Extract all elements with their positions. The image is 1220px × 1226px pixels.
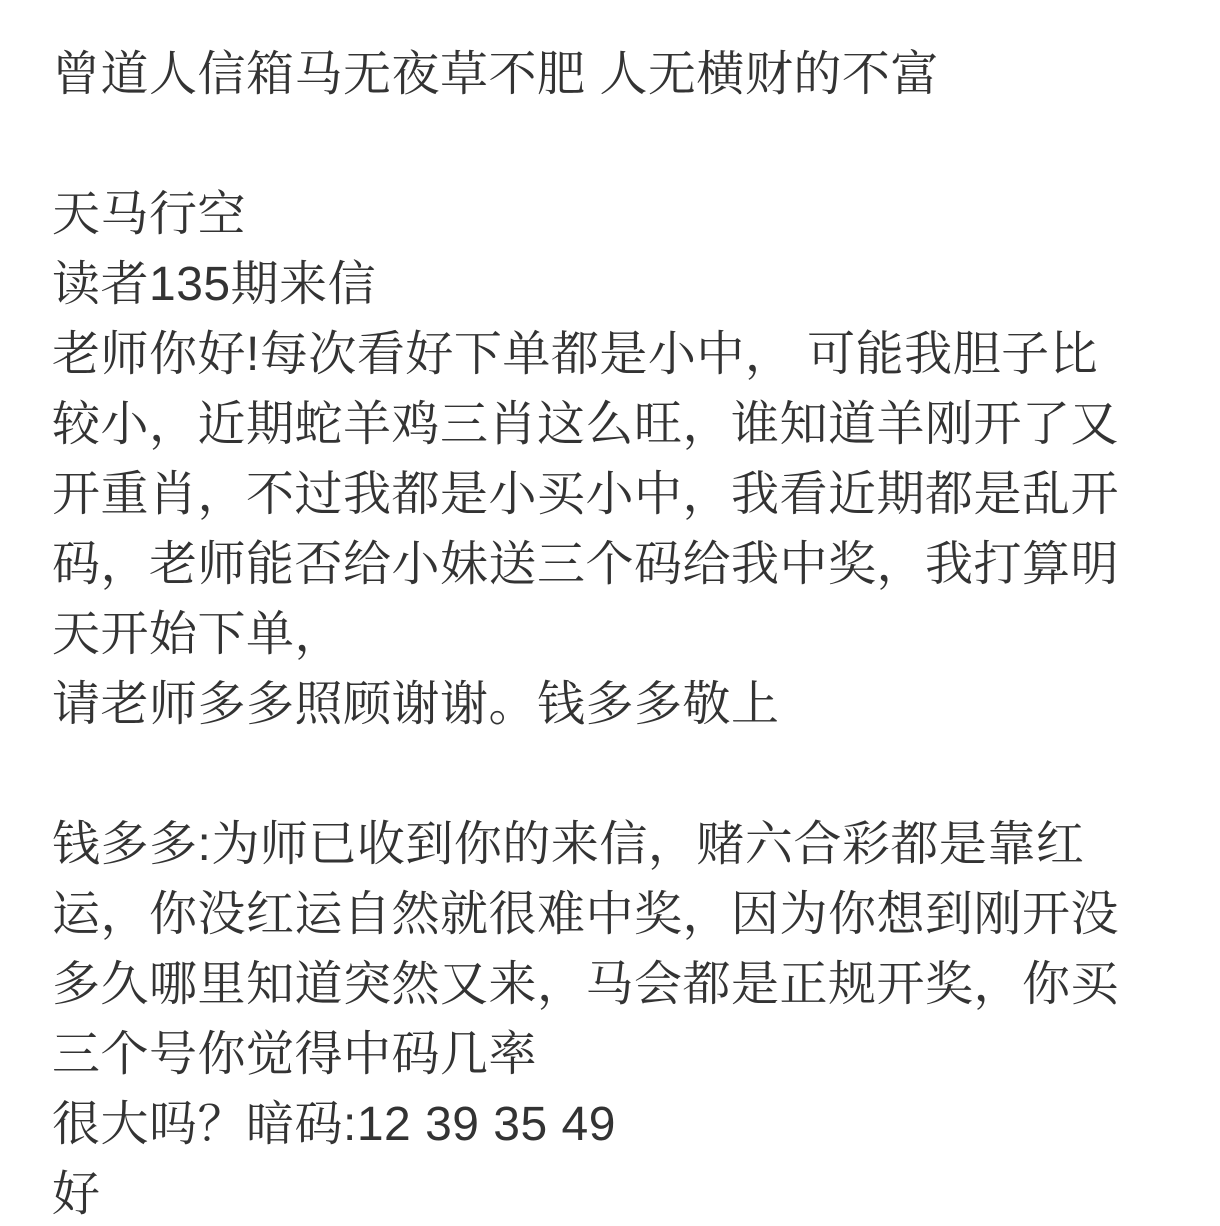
reply-body: 钱多多:为师已收到你的来信，赌六合彩都是靠红 运，你没红运自然就很难中奖，因为你…: [52, 810, 1172, 1226]
article-page: 曾道人信箱马无夜草不肥 人无横财的不富 天马行空 读者135期来信 老师你好!每…: [0, 0, 1220, 1226]
blank-line: [52, 740, 1172, 810]
article-title: 曾道人信箱马无夜草不肥 人无横财的不富: [52, 40, 1172, 110]
letter-header: 天马行空 读者135期来信: [52, 180, 1172, 320]
blank-line: [52, 110, 1172, 180]
letter-body: 老师你好!每次看好下单都是小中， 可能我胆子比 较小，近期蛇羊鸡三肖这么旺，谁知…: [52, 320, 1172, 740]
